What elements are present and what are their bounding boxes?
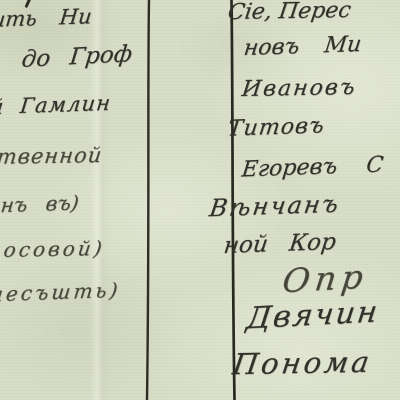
handwritten-line: инъ въ) <box>0 192 80 215</box>
handwritten-line: Ивановъ <box>241 77 358 101</box>
handwritten-line: Титовъ <box>226 115 326 140</box>
handwritten-line: несъшть) <box>0 280 121 305</box>
handwritten-line: й Гамлин <box>0 93 112 118</box>
handwritten-line: Опр <box>281 260 370 297</box>
handwritten-line: Двячин <box>245 298 381 335</box>
handwritten-line: Сіе, Перес <box>226 0 352 24</box>
manuscript-page: ить Ни до Гроф й Гамлин ственной инъ въ)… <box>0 0 400 400</box>
handwritten-line: Понома <box>231 348 374 379</box>
handwritten-line: ить Ни <box>0 6 93 30</box>
column-rule-left <box>147 0 149 400</box>
handwritten-line: ственной <box>0 145 103 168</box>
handwritten-line: Вѣнчанъ <box>208 192 342 221</box>
handwritten-line: до Гроф <box>20 43 133 72</box>
handwritten-line: ной Кор <box>222 231 337 258</box>
handwritten-line: посовой) <box>0 238 106 260</box>
handwritten-line: Егоревъ С <box>241 155 385 182</box>
handwritten-line: новъ Ми <box>242 34 362 60</box>
